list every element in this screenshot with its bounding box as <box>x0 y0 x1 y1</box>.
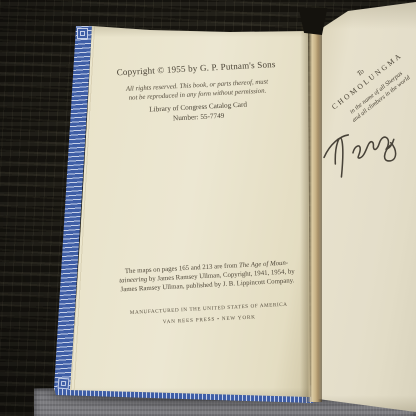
maps-note-book-title: The Age of Moun- <box>239 260 288 270</box>
maps-note-book-title-cont: taineering <box>119 276 147 284</box>
book-photo: Copyright © 1955 by G. P. Putnam's Sons … <box>0 0 416 416</box>
maps-credit-note: The maps on pages 165 and 213 are from T… <box>91 257 322 296</box>
catalog-line-2: Number: 55-7749 <box>173 111 225 122</box>
greek-key-motif-bottom <box>58 378 70 390</box>
